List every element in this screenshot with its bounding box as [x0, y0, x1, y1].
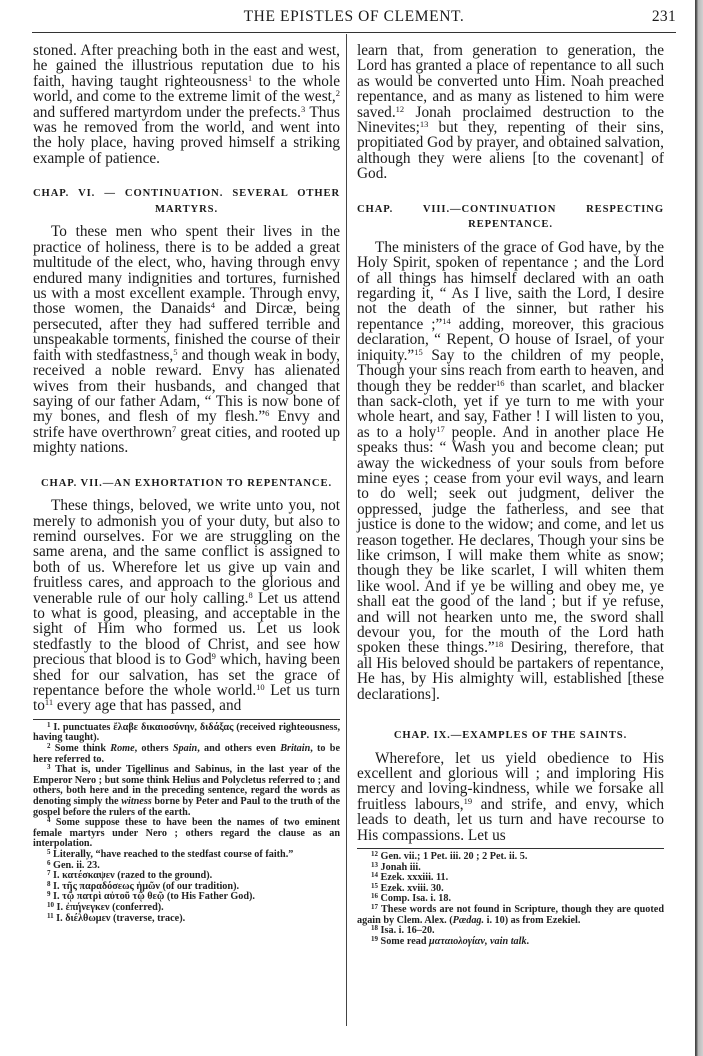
- footnote-ref[interactable]: 18: [495, 639, 504, 649]
- footnote-19: 19 Some read ματαιολογίαν, vain talk.: [357, 937, 664, 948]
- chapter-heading-vii: CHAP. VII.—AN EXHORTATION TO REPENTANCE.: [33, 476, 340, 492]
- footnote-17: 17 These words are not found in Scriptur…: [357, 905, 664, 926]
- footnote-3: 3 That is, under Tigellinus and Sabinus,…: [33, 765, 340, 818]
- chapter-heading-viii: CHAP. VIII.—CONTINUATION RESPECTING REPE…: [357, 202, 664, 233]
- footnote-ref[interactable]: 17: [436, 424, 445, 434]
- scan-page-edge: [695, 0, 703, 1056]
- footnote-4: 4 Some suppose these to have been the na…: [33, 818, 340, 850]
- page-number: 231: [652, 8, 676, 26]
- right-footnotes: 12 Gen. vii.; 1 Pet. iii. 20 ; 2 Pet. ii…: [357, 852, 664, 947]
- continuation-paragraph: stoned. After preaching both in the east…: [33, 43, 340, 166]
- footnote-ref[interactable]: 11: [45, 697, 53, 707]
- continuation-paragraph-right: learn that, from generation to generatio…: [357, 43, 664, 182]
- chapter-vii-paragraph: These things, beloved, we write unto you…: [33, 498, 340, 714]
- footnote-ref[interactable]: 19: [464, 796, 473, 806]
- footnote-ref[interactable]: 14: [442, 316, 451, 326]
- footnote-11: 11 I. διέλθωμεν (traverse, trace).: [33, 914, 340, 925]
- running-title: THE EPISTLES OF CLEMENT.: [32, 8, 676, 26]
- chapter-ix-paragraph: Wherefore, let us yield obedience to His…: [357, 751, 664, 843]
- footnote-ref[interactable]: 12: [396, 104, 405, 114]
- footnote-ref[interactable]: 15: [414, 347, 423, 357]
- footnote-ref[interactable]: 16: [496, 378, 505, 388]
- footnote-ref[interactable]: 10: [256, 682, 265, 692]
- left-column: stoned. After preaching both in the east…: [33, 43, 340, 924]
- chapter-heading-ix: CHAP. IX.—EXAMPLES OF THE SAINTS.: [357, 728, 664, 744]
- running-header: THE EPISTLES OF CLEMENT. 231: [32, 8, 676, 28]
- chapter-viii-paragraph: The ministers of the grace of God have, …: [357, 240, 664, 702]
- chapter-vi-paragraph: To these men who spent their lives in th…: [33, 224, 340, 455]
- column-divider: [346, 34, 347, 1026]
- footnote-2: 2 Some think Rome, others Spain, and oth…: [33, 744, 340, 765]
- left-footnotes: 1 I. punctuates ἔλαβε δικαιοσύνην, διδάξ…: [33, 723, 340, 924]
- chapter-heading-vi: CHAP. VI. — CONTINUATION. SEVERAL OTHER …: [33, 186, 340, 217]
- right-column: learn that, from generation to generatio…: [357, 43, 664, 947]
- footnote-ref[interactable]: 2: [336, 88, 340, 98]
- footnote-1: 1 I. punctuates ἔλαβε δικαιοσύνην, διδάξ…: [33, 723, 340, 744]
- header-rule: [32, 32, 676, 33]
